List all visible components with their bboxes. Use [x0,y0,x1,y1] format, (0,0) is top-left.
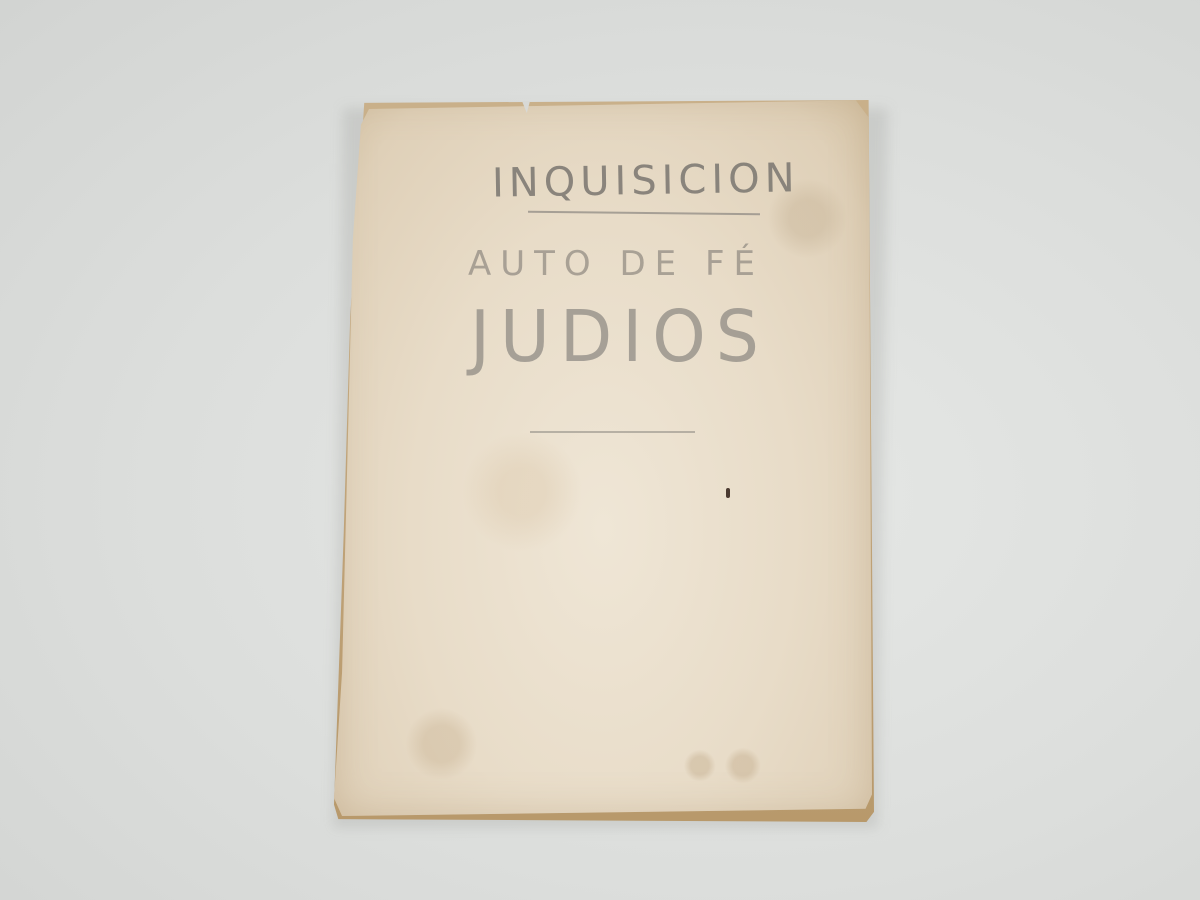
pencil-underline-subject [530,431,695,433]
handwritten-subtitle: AUTO DE FÉ [468,244,764,284]
ink-spot [726,488,730,498]
handwritten-subject: JUDIOS [470,296,769,379]
photo-scene: INQUISICION AUTO DE FÉ JUDIOS [0,0,1200,900]
handwritten-title: INQUISICION [492,155,800,206]
